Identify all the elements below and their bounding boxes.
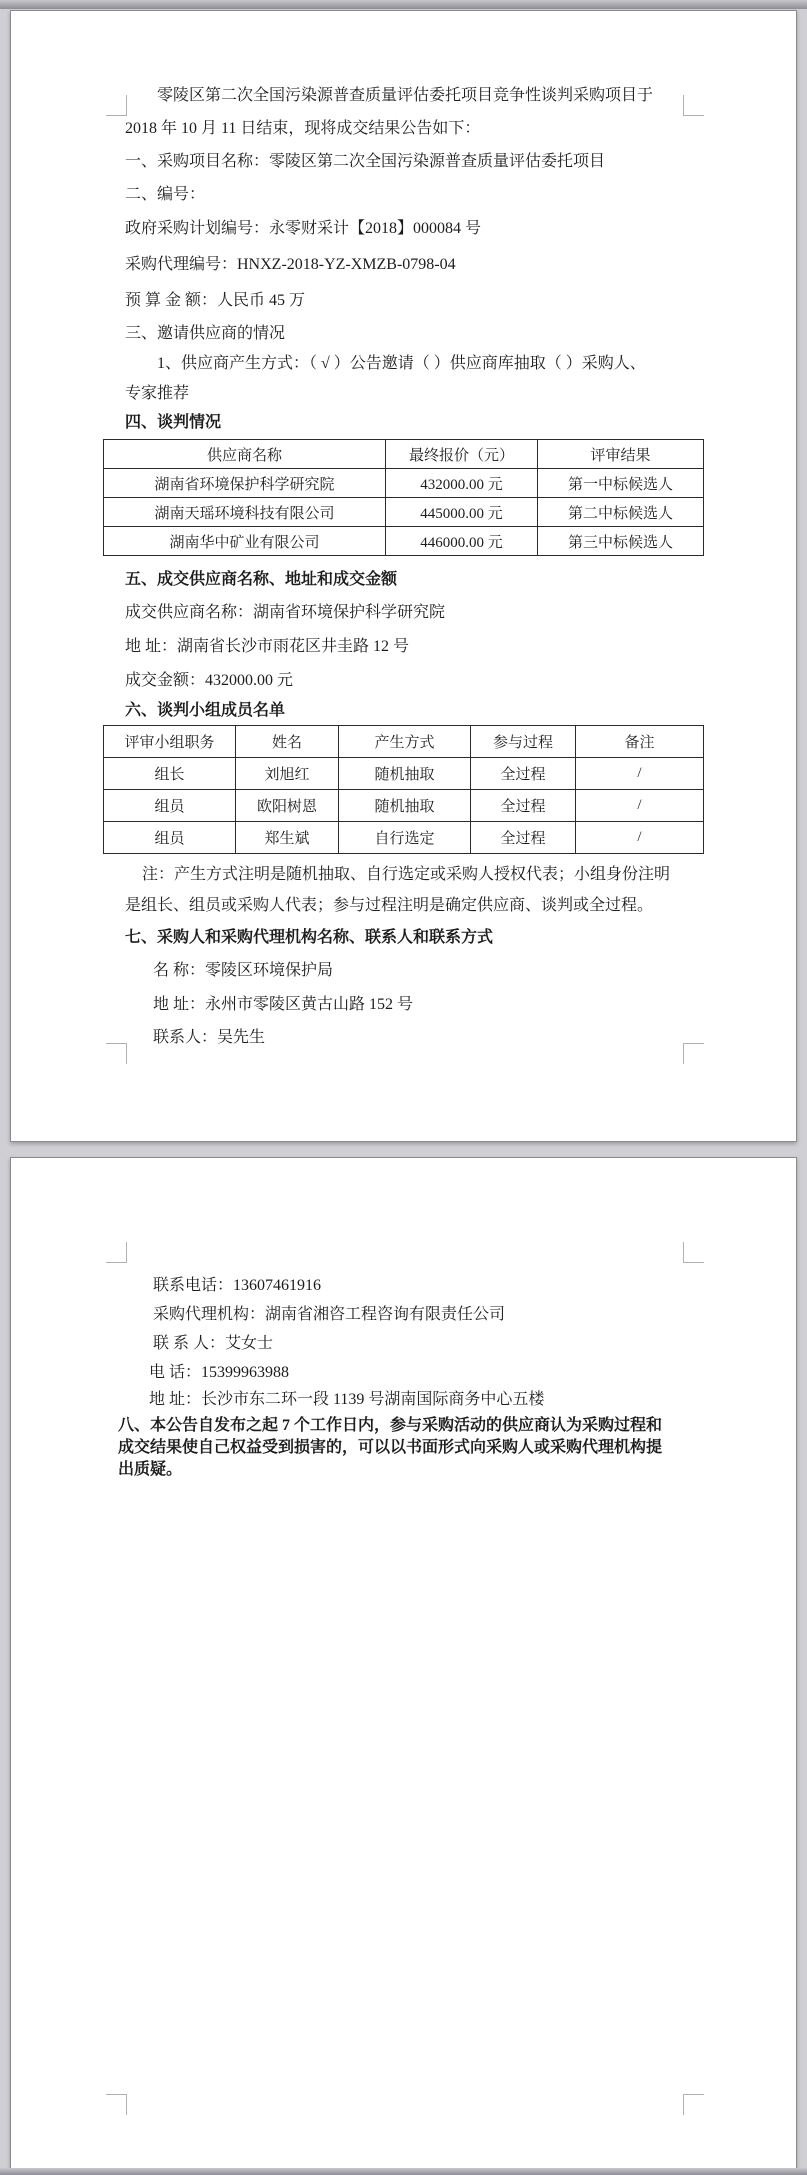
- supplier-method-line: 1、供应商产生方式：（ √ ）公告邀请（ ）供应商库抽取（ ）采购人、: [125, 349, 691, 379]
- intro-line: 零陵区第二次全国污染源普查质量评估委托项目竞争性谈判采购项目于: [125, 79, 691, 112]
- header-cell: 参与过程: [471, 726, 576, 758]
- negotiation-results-table: 供应商名称最终报价（元）评审结果湖南省环境保护科学研究院432000.00 元第…: [103, 439, 704, 556]
- table-cell: 全过程: [471, 790, 576, 822]
- table-cell: 湖南华中矿业有限公司: [104, 527, 386, 556]
- text-line: 出质疑。: [118, 1459, 691, 1481]
- winner-name-line: 成交供应商名称：湖南省环境保护科学研究院: [125, 596, 691, 630]
- table-cell: 欧阳树恩: [236, 790, 339, 822]
- budget-line: 预 算 金 额：人民币 45 万: [125, 283, 691, 319]
- table-cell: 446000.00 元: [386, 527, 538, 556]
- purchaser-address-line: 地 址：永州市零陵区黄古山路 152 号: [125, 988, 691, 1021]
- table-cell: 第二中标候选人: [538, 498, 704, 527]
- table-cell: 随机抽取: [339, 790, 471, 822]
- plan-number-line: 政府采购计划编号：永零财采计【2018】000084 号: [125, 211, 691, 247]
- intro-line: 2018 年 10 月 11 日结束，现将成交结果公告如下：: [125, 112, 691, 145]
- table-cell: 全过程: [471, 758, 576, 790]
- header-cell: 评审结果: [538, 440, 704, 469]
- note-line: 是组长、组员或采购人代表；参与过程注明是确定供应商、谈判或全过程。: [125, 891, 691, 921]
- text-line: 八、本公告自发布之起 7 个工作日内，参与采购活动的供应商认为采购过程和: [118, 1415, 691, 1437]
- negotiation-panel-table: 评审小组职务姓名产生方式参与过程备注组长刘旭红随机抽取全过程/组员欧阳树恩随机抽…: [103, 725, 704, 854]
- table-cell: 组员: [104, 822, 236, 854]
- table-cell: 自行选定: [339, 822, 471, 854]
- page-2-content: 联系电话：13607461916 采购代理机构：湖南省湘咨工程咨询有限责任公司 …: [125, 1271, 691, 1481]
- margin-corner-mark: [683, 1242, 704, 1263]
- table-row: 组员欧阳树恩随机抽取全过程/: [104, 790, 704, 822]
- table-cell: 随机抽取: [339, 758, 471, 790]
- header-cell: 评审小组职务: [104, 726, 236, 758]
- margin-corner-mark: [106, 1242, 127, 1263]
- table-cell: 445000.00 元: [386, 498, 538, 527]
- agency-contact-line: 联 系 人：艾女士: [125, 1329, 691, 1358]
- header-cell: 最终报价（元）: [386, 440, 538, 469]
- page-2[interactable]: 联系电话：13607461916 采购代理机构：湖南省湘咨工程咨询有限责任公司 …: [10, 1157, 797, 2170]
- margin-corner-mark: [106, 95, 127, 116]
- table-cell: 刘旭红: [236, 758, 339, 790]
- section-6-title: 六、谈判小组成员名单: [125, 697, 691, 725]
- winner-amount-line: 成交金额：432000.00 元: [125, 664, 691, 697]
- margin-corner-mark: [106, 1043, 127, 1064]
- agency-name-line: 采购代理机构：湖南省湘咨工程咨询有限责任公司: [125, 1300, 691, 1329]
- agency-phone-line: 电 话：15399963988: [125, 1358, 691, 1387]
- table-cell: /: [576, 758, 704, 790]
- page-1-content: 零陵区第二次全国污染源普查质量评估委托项目竞争性谈判采购项目于 2018 年 1…: [125, 79, 691, 1054]
- table-row: 组员郑生斌自行选定全过程/: [104, 822, 704, 854]
- table-cell: 组长: [104, 758, 236, 790]
- table-cell: 432000.00 元: [386, 469, 538, 498]
- header-cell: 备注: [576, 726, 704, 758]
- purchaser-name-line: 名 称：零陵区环境保护局: [125, 954, 691, 988]
- section-3-title: 三、邀请供应商的情况: [125, 319, 691, 349]
- table-cell: 第一中标候选人: [538, 469, 704, 498]
- table-cell: /: [576, 822, 704, 854]
- table-cell: /: [576, 790, 704, 822]
- table-cell: 全过程: [471, 822, 576, 854]
- section-2-title: 二、编号：: [125, 178, 691, 211]
- table-row: 湖南华中矿业有限公司446000.00 元第三中标候选人: [104, 527, 704, 556]
- contact-phone-line: 联系电话：13607461916: [125, 1271, 691, 1300]
- margin-corner-mark: [106, 2094, 127, 2115]
- section-1-title: 一、采购项目名称：零陵区第二次全国污染源普查质量评估委托项目: [125, 145, 691, 178]
- header-cell: 姓名: [236, 726, 339, 758]
- header-cell: 供应商名称: [104, 440, 386, 469]
- agency-number-line: 采购代理编号：HNXZ-2018-YZ-XMZB-0798-04: [125, 247, 691, 283]
- table-cell: 湖南天瑶环境科技有限公司: [104, 498, 386, 527]
- table-cell: 郑生斌: [236, 822, 339, 854]
- supplier-method-line: 专家推荐: [125, 379, 691, 409]
- page-1[interactable]: 零陵区第二次全国污染源普查质量评估委托项目竞争性谈判采购项目于 2018 年 1…: [10, 10, 797, 1142]
- document-workspace: { "document": { "page1": { "intro_lines"…: [0, 0, 807, 2175]
- winner-address-line: 地 址：湖南省长沙市雨花区井圭路 12 号: [125, 630, 691, 664]
- table-header-row: 评审小组职务姓名产生方式参与过程备注: [104, 726, 704, 758]
- agency-address-line: 地 址：长沙市东二环一段 1139 号湖南国际商务中心五楼: [125, 1387, 691, 1413]
- table-cell: 组员: [104, 790, 236, 822]
- margin-corner-mark: [683, 2094, 704, 2115]
- note-line: 注：产生方式注明是随机抽取、自行选定或采购人授权代表；小组身份注明: [125, 858, 691, 891]
- table-row: 湖南天瑶环境科技有限公司445000.00 元第二中标候选人: [104, 498, 704, 527]
- section-4-title: 四、谈判情况: [125, 409, 691, 437]
- workspace-bottom-edge: [0, 2168, 807, 2175]
- section-7-title: 七、采购人和采购代理机构名称、联系人和联系方式: [125, 921, 691, 954]
- section-5-title: 五、成交供应商名称、地址和成交金额: [125, 563, 691, 596]
- workspace-top-edge: [0, 0, 807, 9]
- table-cell: 第三中标候选人: [538, 527, 704, 556]
- table-row: 组长刘旭红随机抽取全过程/: [104, 758, 704, 790]
- section-8-paragraph: 八、本公告自发布之起 7 个工作日内，参与采购活动的供应商认为采购过程和成交结果…: [118, 1415, 691, 1481]
- header-cell: 产生方式: [339, 726, 471, 758]
- purchaser-contact-line: 联系人：吴先生: [125, 1021, 691, 1054]
- table-header-row: 供应商名称最终报价（元）评审结果: [104, 440, 704, 469]
- table-cell: 湖南省环境保护科学研究院: [104, 469, 386, 498]
- text-line: 成交结果使自己权益受到损害的，可以以书面形式向采购人或采购代理机构提: [118, 1437, 691, 1459]
- table-row: 湖南省环境保护科学研究院432000.00 元第一中标候选人: [104, 469, 704, 498]
